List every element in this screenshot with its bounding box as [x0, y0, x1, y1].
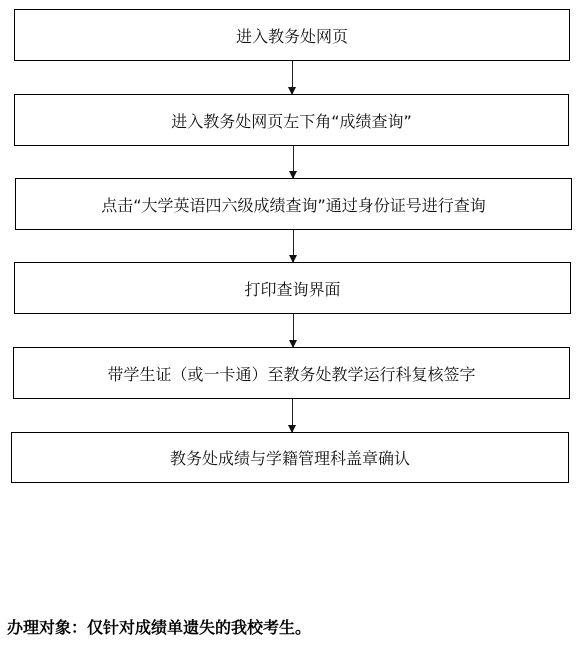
flow-step-6: 教务处成绩与学籍管理科盖章确认: [11, 432, 569, 483]
arrow-down-icon: [292, 61, 293, 94]
flow-step-4: 打印查询界面: [14, 262, 571, 314]
flow-step-3: 点击“大学英语四六级成绩查询”通过身份证号进行查询: [15, 178, 572, 230]
arrow-down-icon: [293, 230, 294, 262]
flow-step-label: 教务处成绩与学籍管理科盖章确认: [170, 446, 410, 469]
flow-step-2: 进入教务处网页左下角“成绩查询”: [14, 94, 569, 146]
eligibility-note: 办理对象：仅针对成绩单遗失的我校考生。: [7, 615, 311, 638]
arrow-down-icon: [293, 146, 294, 178]
flow-step-label: 打印查询界面: [244, 277, 340, 300]
flow-step-label: 带学生证（或一卡通）至教务处教学运行科复核签字: [107, 362, 475, 385]
flow-step-5: 带学生证（或一卡通）至教务处教学运行科复核签字: [13, 347, 570, 399]
arrow-down-icon: [292, 399, 293, 432]
flow-step-label: 点击“大学英语四六级成绩查询”通过身份证号进行查询: [101, 193, 486, 216]
flow-step-1: 进入教务处网页: [14, 9, 570, 61]
arrow-down-icon: [293, 314, 294, 347]
flow-step-label: 进入教务处网页左下角“成绩查询”: [171, 109, 412, 132]
flow-step-label: 进入教务处网页: [236, 24, 348, 47]
